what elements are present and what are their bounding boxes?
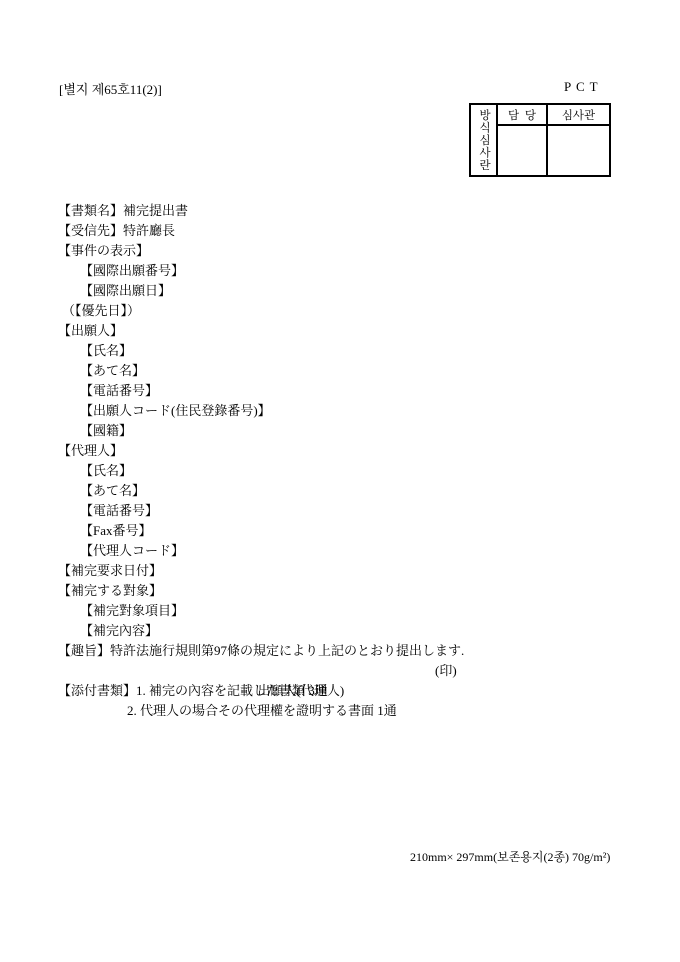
- formality-check-table: 방식심사란 담 당 심사관: [469, 103, 611, 177]
- line-correction-content: 【補完內容】: [58, 621, 464, 641]
- col-header-examiner: 심사관: [548, 105, 609, 126]
- line-correction-request-date: 【補完要求日付】: [58, 561, 464, 581]
- col-header-staff: 담 당: [498, 105, 548, 126]
- pct-label: P C T: [564, 79, 599, 95]
- line-recipient: 【受信先】特許廳長: [58, 221, 464, 241]
- line-case-indication: 【事件の表示】: [58, 241, 464, 261]
- form-number: [별지 제65호11(2)]: [59, 79, 162, 98]
- cell-examiner: [548, 126, 609, 175]
- line-applicant-code: 【出願人コード(住民登錄番号)】: [58, 401, 464, 421]
- formality-check-side-label: 방식심사란: [471, 105, 498, 175]
- line-applicant: 【出願人】: [58, 321, 464, 341]
- form-page: [별지 제65호11(2)] P C T 방식심사란 담 당 심사관 【書類名】…: [0, 0, 680, 962]
- line-intl-filing-date: 【國際出願日】: [58, 281, 464, 301]
- signature-applicant-agent: 出願人(代理人): [258, 683, 345, 698]
- line-applicant-name: 【氏名】: [58, 341, 464, 361]
- line-agent: 【代理人】: [58, 441, 464, 461]
- line-agent-code: 【代理人コード】: [58, 541, 464, 561]
- line-agent-name: 【氏名】: [58, 461, 464, 481]
- line-purpose: 【趣旨】特許法施行規則第97條の規定により上記のとおり提出します.: [58, 641, 464, 661]
- form-body: 【書類名】補完提出書 【受信先】特許廳長 【事件の表示】 【國際出願番号】 【國…: [58, 201, 464, 721]
- line-applicant-address: 【あて名】: [58, 361, 464, 381]
- line-applicant-phone: 【電話番号】: [58, 381, 464, 401]
- line-correction-target-item: 【補完對象項目】: [58, 601, 464, 621]
- line-agent-phone: 【電話番号】: [58, 501, 464, 521]
- signature-line: 出願人(代理人) (印): [58, 661, 464, 681]
- line-attachments-2: 2. 代理人の場合その代理權を證明する書面 1通: [58, 701, 464, 721]
- seal-mark: (印): [435, 661, 457, 681]
- paper-size-note: 210mm× 297mm(보존용지(2종) 70g/m²): [410, 848, 610, 865]
- line-agent-address: 【あて名】: [58, 481, 464, 501]
- line-correction-target: 【補完する對象】: [58, 581, 464, 601]
- line-priority-date: （【優先日】）: [58, 301, 464, 321]
- line-agent-fax: 【Fax番号】: [58, 521, 464, 541]
- cell-staff: [498, 126, 548, 175]
- line-nationality: 【國籍】: [58, 421, 464, 441]
- line-intl-app-number: 【國際出願番号】: [58, 261, 464, 281]
- line-document-name: 【書類名】補完提出書: [58, 201, 464, 221]
